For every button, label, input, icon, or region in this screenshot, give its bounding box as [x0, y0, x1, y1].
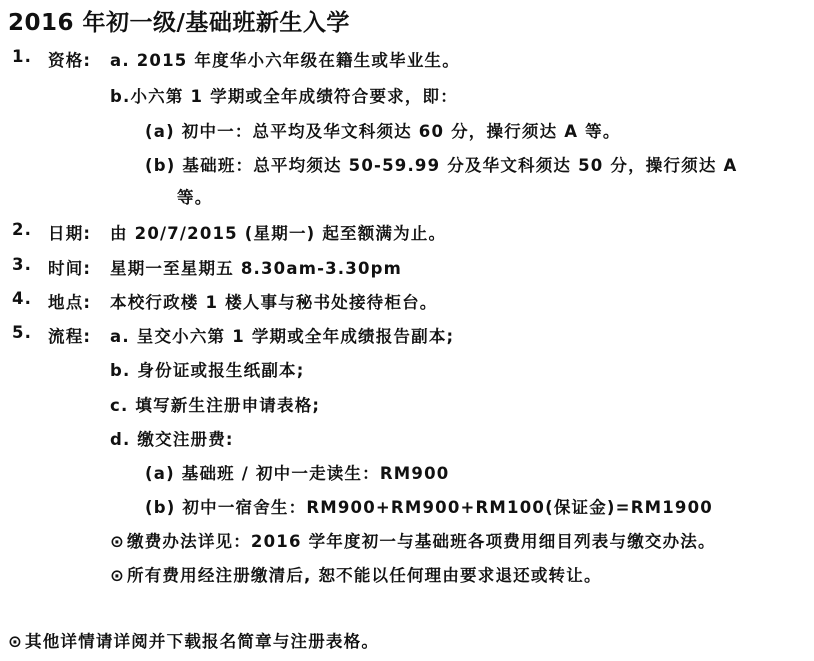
item-label: 地点:: [48, 289, 91, 313]
item-label: 日期:: [48, 220, 91, 244]
item-label: 流程:: [48, 323, 91, 347]
item-number: 5.: [12, 323, 32, 342]
refund-policy-note: 所有费用经注册缴清后, 恕不能以任何理由要求退还或转让。: [127, 566, 602, 585]
circle-bullet-icon: ⊙: [110, 532, 125, 551]
item-text: 由 20/7/2015 (星期一) 起至额满为止。: [110, 220, 446, 244]
item-text: a. 呈交小六第 1 学期或全年成绩报告副本;: [110, 323, 454, 347]
item-number: 3.: [12, 255, 32, 274]
item-text: (b) 基础班：总平均须达 50-59.99 分及华文科须达 50 分，操行须达…: [145, 152, 738, 176]
page-title: 2016 年初一级/基础班新生入学: [8, 4, 350, 37]
item-number: 2.: [12, 220, 32, 239]
item-text: a. 2015 年度华小六年级在籍生或毕业生。: [110, 47, 460, 71]
circle-bullet-icon: ⊙: [110, 566, 125, 585]
item-text: d. 缴交注册费:: [110, 426, 234, 450]
payment-method-note: 缴费办法详见：2016 学年度初一与基础班各项费用细目列表与缴交办法。: [127, 532, 716, 551]
item-number: 4.: [12, 289, 32, 308]
item-text: c. 填写新生注册申请表格;: [110, 392, 320, 416]
item-text: b.小六第 1 学期或全年成绩符合要求，即：: [110, 83, 458, 107]
item-text: 等。: [177, 184, 212, 208]
item-text: (a) 初中一：总平均及华文科须达 60 分，操行须达 A 等。: [145, 118, 621, 142]
item-text: (a) 基础班 / 初中一走读生：RM900: [145, 460, 449, 484]
item-number: 1.: [12, 47, 32, 66]
item-text: b. 身份证或报生纸副本;: [110, 357, 305, 381]
item-text: 本校行政楼 1 楼人事与秘书处接待柜台。: [110, 289, 437, 313]
item-label: 资格:: [48, 47, 91, 71]
circle-bullet-icon: ⊙: [8, 632, 23, 651]
item-text: (b) 初中一宿舍生：RM900+RM900+RM100(保证金)=RM1900: [145, 494, 713, 518]
item-text: 星期一至星期五 8.30am-3.30pm: [110, 255, 402, 279]
footer-note-text: 其他详情请详阅并下载报名简章与注册表格。: [25, 632, 379, 651]
item-label: 时间:: [48, 255, 91, 279]
